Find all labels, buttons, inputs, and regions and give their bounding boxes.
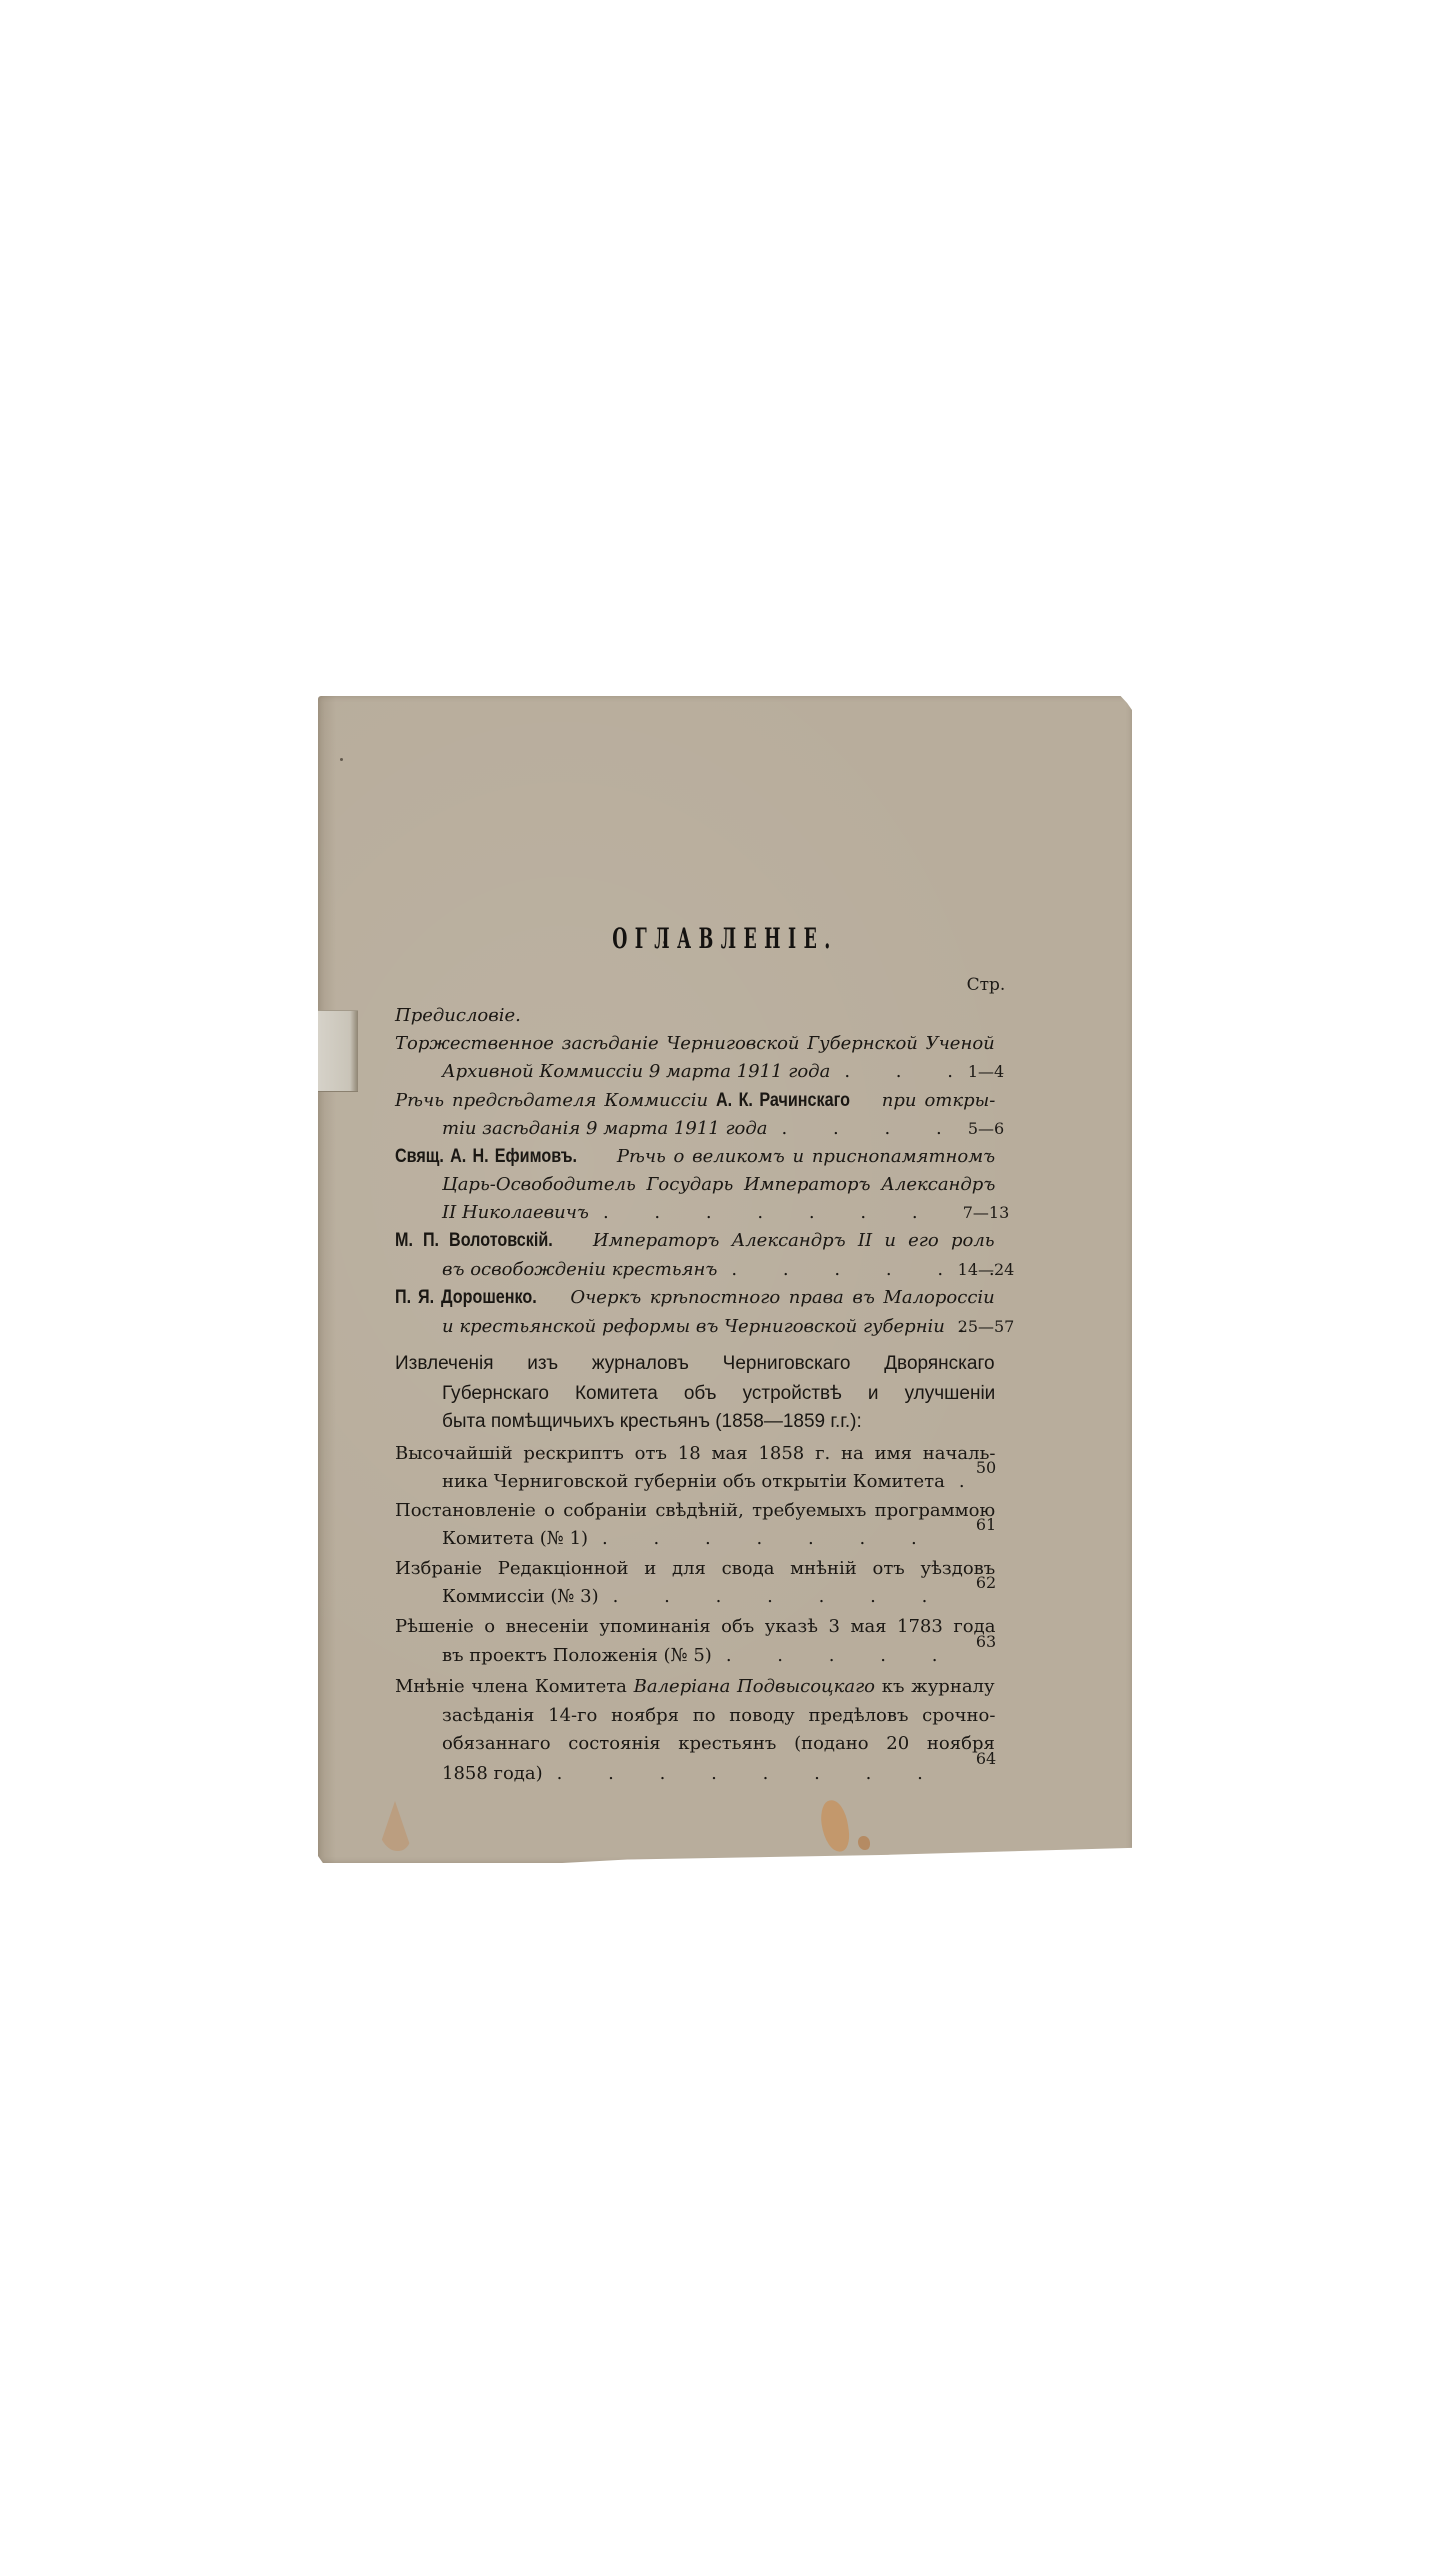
toc-entry-continuation-line: 1858 года). . . . . . . . xyxy=(442,1762,923,1785)
page-title: ОГЛАВЛЕНІЕ. xyxy=(473,922,978,955)
toc-text-segment: Коммиссіи (№ 3) xyxy=(442,1586,599,1607)
toc-text-segment: Царь-Освободитель Государь Императоръ Ал… xyxy=(442,1174,995,1195)
toc-entry-first-line: Рѣшеніе о внесеніи упоминанія объ указѣ … xyxy=(395,1615,995,1638)
dot-leader: . . . . . . . xyxy=(602,1528,917,1549)
dot-leader: . . . . . . . xyxy=(613,1586,928,1607)
toc-entry-continuation-line: Архивной Коммиссіи 9 марта 1911 года. . … xyxy=(442,1060,953,1083)
toc-entry-continuation-line: быта помѣщичьихъ крестьянъ (1858—1859 г.… xyxy=(442,1410,862,1433)
dot-leader: . . . . . . . xyxy=(603,1202,918,1223)
toc-entry-first-line: Мнѣніе члена Комитета Валеріана Подвысоц… xyxy=(395,1675,995,1698)
toc-text-segment: къ журналу xyxy=(875,1676,995,1697)
toc-page-number: 63 xyxy=(948,1631,1024,1653)
toc-text-segment: Свящ. А. Н. Ефимовъ. xyxy=(395,1146,577,1168)
toc-entry-continuation-line: Комитета (№ 1). . . . . . . xyxy=(442,1527,917,1550)
toc-text-segment: въ проектъ Положенія (№ 5) xyxy=(442,1645,712,1666)
toc-entry-continuation-line: обязаннаго состоянія крестьянъ (подано 2… xyxy=(442,1732,995,1755)
toc-text-segment: Извлеченія изъ журналовъ Черниговскаго Д… xyxy=(395,1353,995,1374)
toc-text-segment: Комитета (№ 1) xyxy=(442,1528,588,1549)
paper-tab xyxy=(318,1010,358,1092)
toc-text-segment: ника Черниговской губерніи объ открытіи … xyxy=(442,1471,945,1492)
toc-text-segment: Рѣчь о великомъ и приснопамятномъ xyxy=(609,1146,995,1167)
toc-entry-continuation-line: Коммиссіи (№ 3). . . . . . . xyxy=(442,1585,927,1608)
toc-text-segment: быта помѣщичьихъ крестьянъ (1858—1859 г.… xyxy=(442,1411,862,1432)
toc-text-segment: въ освобожденіи крестьянъ xyxy=(442,1259,717,1280)
dot-leader: . . . . . . . . xyxy=(557,1763,923,1784)
toc-page-number: 50 xyxy=(948,1457,1024,1479)
page-column-header: Стр. xyxy=(948,974,1024,996)
toc-text-segment: обязаннаго состоянія крестьянъ (подано 2… xyxy=(442,1733,995,1754)
toc-text-segment: тіи засѣданія 9 марта 1911 года xyxy=(442,1118,768,1139)
stain-mark xyxy=(819,1798,852,1853)
book-page: ОГЛАВЛЕНІЕ. Стр. Предисловіе.Торжественн… xyxy=(318,696,1132,1863)
toc-page-number: 5—6 xyxy=(948,1118,1024,1140)
toc-text-segment: Предисловіе. xyxy=(395,1005,521,1026)
toc-text-segment: Очеркъ крѣпостного права въ Малороссіи xyxy=(562,1287,995,1308)
speck xyxy=(340,758,343,761)
toc-text-segment: и крестьянской реформы въ Черниговской г… xyxy=(442,1316,945,1337)
toc-entry-continuation-line: засѣданія 14-го ноября по поводу предѣло… xyxy=(442,1704,995,1727)
toc-entry-continuation-line: Губернскаго Комитета объ устройствѣ и ул… xyxy=(442,1382,995,1405)
toc-text-segment: Валеріана Подвысоцкаго xyxy=(634,1676,875,1697)
toc-text-segment: А. К. Рачинскаго xyxy=(716,1090,850,1112)
toc-text-segment: засѣданія 14-го ноября по поводу предѣло… xyxy=(442,1705,995,1726)
toc-entry-first-line: Рѣчь предсѣдателя Коммиссіи А. К. Рачинс… xyxy=(395,1089,995,1112)
toc-page-number: 7—13 xyxy=(948,1202,1024,1224)
toc-page-number: 62 xyxy=(948,1572,1024,1594)
toc-entry-first-line: М. П. Волотовскій. Императоръ Александръ… xyxy=(395,1229,995,1252)
toc-text-segment: Высочайшій рескриптъ отъ 18 мая 1858 г. … xyxy=(395,1443,995,1464)
toc-text-segment: Постановленіе о собраніи свѣдѣній, требу… xyxy=(395,1500,995,1521)
toc-text-segment: Архивной Коммиссіи 9 марта 1911 года xyxy=(442,1061,830,1082)
toc-entry-continuation-line: Царь-Освободитель Государь Императоръ Ал… xyxy=(442,1173,995,1196)
toc-entry-first-line: Высочайшій рескриптъ отъ 18 мая 1858 г. … xyxy=(395,1442,995,1465)
dot-leader: . . . . xyxy=(782,1118,942,1139)
toc-text-segment: при откры- xyxy=(874,1090,996,1111)
toc-entry-first-line: Постановленіе о собраніи свѣдѣній, требу… xyxy=(395,1499,995,1522)
toc-text-segment: Избраніе Редакціонной и для свода мнѣній… xyxy=(395,1558,995,1579)
toc-page-number: 14—24 xyxy=(948,1259,1024,1281)
toc-text-segment: П. Я. Дорошенко. xyxy=(395,1287,537,1309)
toc-entry-continuation-line: ника Черниговской губерніи объ открытіи … xyxy=(442,1470,965,1493)
toc-entry-first-line: П. Я. Дорошенко. Очеркъ крѣпостного прав… xyxy=(395,1286,995,1309)
toc-entry-continuation-line: тіи засѣданія 9 марта 1911 года. . . . xyxy=(442,1117,942,1140)
toc-page-number: 61 xyxy=(948,1514,1024,1536)
toc-entry-continuation-line: въ освобожденіи крестьянъ. . . . . . xyxy=(442,1258,995,1281)
dot-leader: . . . xyxy=(844,1061,953,1082)
toc-text-segment: Губернскаго Комитета объ устройствѣ и ул… xyxy=(442,1383,995,1404)
toc-text-segment: Рѣчь предсѣдателя Коммиссіи xyxy=(395,1090,716,1111)
toc-text-segment: 1858 года) xyxy=(442,1763,543,1784)
dot-leader: . . . . . xyxy=(726,1645,938,1666)
toc-text-segment: Императоръ Александръ II и его роль xyxy=(581,1230,995,1251)
toc-text-segment: М. П. Волотовскій. xyxy=(395,1230,553,1252)
toc-entry-continuation-line: и крестьянской реформы въ Черниговской г… xyxy=(442,1315,965,1338)
toc-page-number: 1—4 xyxy=(948,1061,1024,1083)
stain-mark xyxy=(378,1801,412,1851)
toc-entry-first-line: Торжественное засѣданіе Черниговской Губ… xyxy=(395,1032,995,1055)
toc-entry-first-line: Извлеченія изъ журналовъ Черниговскаго Д… xyxy=(395,1352,995,1375)
toc-text-segment: Мнѣніе члена Комитета xyxy=(395,1676,634,1697)
toc-entry-first-line: Свящ. А. Н. Ефимовъ. Рѣчь о великомъ и п… xyxy=(395,1145,995,1168)
toc-entry-first-line: Избраніе Редакціонной и для свода мнѣній… xyxy=(395,1557,995,1580)
toc-entry-continuation-line: II Николаевичъ. . . . . . . xyxy=(442,1201,918,1224)
toc-page-number: 64 xyxy=(948,1748,1024,1770)
toc-text-segment: Рѣшеніе о внесеніи упоминанія объ указѣ … xyxy=(395,1616,995,1637)
toc-entry-continuation-line: въ проектъ Положенія (№ 5). . . . . xyxy=(442,1644,938,1667)
toc-text-segment: Торжественное засѣданіе Черниговской Губ… xyxy=(395,1033,995,1054)
toc-entry-first-line: Предисловіе. xyxy=(395,1004,521,1027)
toc-page-number: 25—57 xyxy=(948,1316,1024,1338)
toc-text-segment: II Николаевичъ xyxy=(442,1202,589,1223)
stain-mark xyxy=(858,1836,870,1850)
